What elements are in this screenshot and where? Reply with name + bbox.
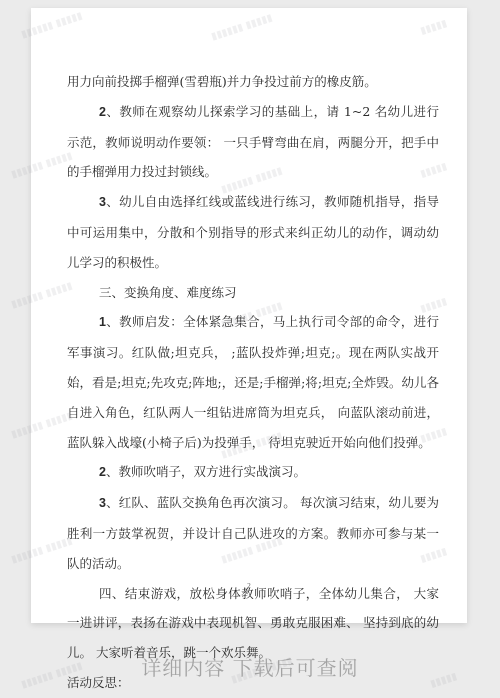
- section-heading-3: 三、变换角度、难度练习: [67, 278, 439, 308]
- paragraph-6: 2、教师吹哨子，双方进行实战演习。: [67, 457, 439, 488]
- paragraph-5: 1、教师启发：全体紧急集合，马上执行司令部的命令，进行军事演习。红队做;坦克兵，…: [67, 307, 439, 457]
- paragraph-text: 四、结束游戏，放松身体教师吹哨子，全体幼儿集合， 大家一进讲评，表扬在游戏中表现…: [67, 586, 439, 661]
- item-number: 2: [99, 105, 106, 119]
- paragraph-2: 2、教师在观察幼儿探索学习的基础上，请 1~2 名幼儿进行示范，教师说明动作要领…: [67, 97, 439, 187]
- paragraph-1: 用力向前投掷手榴弹(雪碧瓶)并力争投过前方的橡皮筋。: [67, 67, 439, 97]
- item-number: 3: [99, 195, 106, 209]
- paragraph-text: 、教师在观察幼儿探索学习的基础上，请 1~2 名幼儿进行示范，教师说明动作要领：…: [67, 104, 439, 180]
- paragraph-7: 3、红队、蓝队交换角色再次演习。 每次演习结束，幼儿要为胜利一方鼓掌祝贺，并设计…: [67, 488, 439, 578]
- section-heading-text: 三、变换角度、难度练习: [99, 285, 237, 300]
- document-page: 用力向前投掷手榴弹(雪碧瓶)并力争投过前方的橡皮筋。 2、教师在观察幼儿探索学习…: [31, 8, 467, 623]
- paragraph-3: 3、幼儿自由选择红线或蓝线进行练习，教师随机指导，指导中可运用集中，分散和个别指…: [67, 187, 439, 277]
- download-prompt: 详细内容 下载后可查阅: [0, 652, 500, 681]
- paragraph-text: 、教师吹哨子，双方进行实战演习。: [106, 464, 306, 479]
- paragraph-text: 、红队、蓝队交换角色再次演习。 每次演习结束，幼儿要为胜利一方鼓掌祝贺，并设计自…: [67, 495, 439, 571]
- paragraph-text: 、幼儿自由选择红线或蓝线进行练习，教师随机指导，指导中可运用集中，分散和个别指导…: [67, 194, 439, 270]
- document-body: 用力向前投掷手榴弹(雪碧瓶)并力争投过前方的橡皮筋。 2、教师在观察幼儿探索学习…: [67, 67, 439, 698]
- paragraph-text: 、教师启发：全体紧急集合，马上执行司令部的命令，进行军事演习。红队做;坦克兵， …: [67, 314, 439, 449]
- item-number: 2: [99, 465, 106, 479]
- item-number: 1: [99, 315, 106, 329]
- paragraph-text: 用力向前投掷手榴弹(雪碧瓶)并力争投过前方的橡皮筋。: [67, 74, 377, 89]
- page-number: 2: [31, 582, 467, 590]
- item-number: 3: [99, 496, 106, 510]
